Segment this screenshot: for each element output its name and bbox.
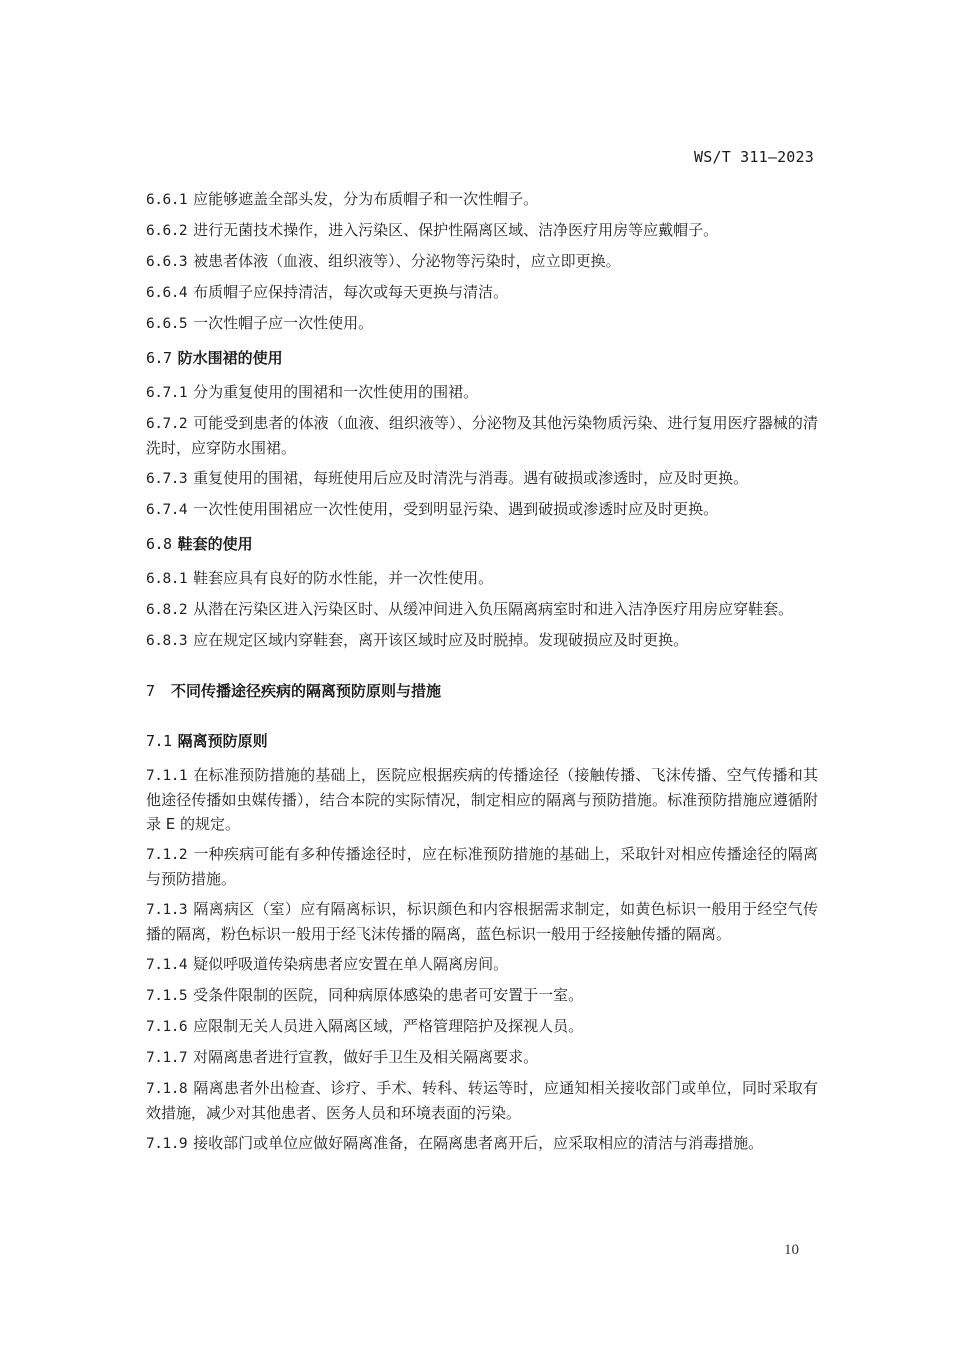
clause-6-8-2: 6.8.2从潜在污染区进入污染区时、从缓冲间进入负压隔离病室时和进入洁净医疗用房…: [146, 597, 818, 622]
section-number: 6.7: [146, 349, 172, 367]
clause-text: 进行无菌技术操作，进入污染区、保护性隔离区域、洁净医疗用房等应戴帽子。: [193, 221, 718, 239]
clause-text: 重复使用的围裙，每班使用后应及时清洗与消毒。遇有破损或渗透时，应及时更换。: [193, 469, 748, 487]
clause-number: 7.1.5: [146, 988, 187, 1004]
clause-7-1-4: 7.1.4疑似呼吸道传染病患者应安置在单人隔离房间。: [146, 952, 818, 977]
clause-7-1-6: 7.1.6应限制无关人员进入隔离区域，严格管理陪护及探视人员。: [146, 1014, 818, 1039]
clause-text: 隔离病区（室）应有隔离标识，标识颜色和内容根据需求制定，如黄色标识一般用于经空气…: [146, 900, 818, 943]
section-title: 隔离预防原则: [178, 732, 268, 750]
clause-6-6-4: 6.6.4布质帽子应保持清洁，每次或每天更换与清洁。: [146, 280, 818, 305]
clause-7-1-7: 7.1.7对隔离患者进行宣教，做好手卫生及相关隔离要求。: [146, 1045, 818, 1070]
section-number: 6.8: [146, 535, 172, 553]
clause-number: 6.7.4: [146, 502, 187, 518]
clause-text: 应限制无关人员进入隔离区域，严格管理陪护及探视人员。: [193, 1017, 583, 1035]
chapter-number: 7: [146, 682, 155, 700]
clause-number: 6.7.3: [146, 471, 187, 487]
clause-number: 7.1.3: [146, 902, 187, 918]
section-number: 7.1: [146, 732, 172, 750]
clause-6-7-2: 6.7.2可能受到患者的体液（血液、组织液等）、分泌物及其他污染物质污染、进行复…: [146, 411, 818, 460]
clause-6-8-3: 6.8.3应在规定区域内穿鞋套，离开该区域时应及时脱掉。发现破损应及时更换。: [146, 628, 818, 653]
clause-number: 6.8.2: [146, 602, 187, 618]
clause-text: 接收部门或单位应做好隔离准备，在隔离患者离开后，应采取相应的清洁与消毒措施。: [193, 1134, 763, 1152]
clause-number: 6.6.4: [146, 285, 187, 301]
clause-text: 应在规定区域内穿鞋套，离开该区域时应及时脱掉。发现破损应及时更换。: [193, 631, 688, 649]
document-body: 6.6.1应能够遮盖全部头发，分为布质帽子和一次性帽子。 6.6.2进行无菌技术…: [146, 187, 818, 1162]
clause-text: 分为重复使用的围裙和一次性使用的围裙。: [193, 383, 478, 401]
clause-text: 疑似呼吸道传染病患者应安置在单人隔离房间。: [193, 955, 508, 973]
clause-text: 可能受到患者的体液（血液、组织液等）、分泌物及其他污染物质污染、进行复用医疗器械…: [146, 414, 818, 457]
clause-text: 对隔离患者进行宣教，做好手卫生及相关隔离要求。: [193, 1048, 538, 1066]
clause-text: 一种疾病可能有多种传播途径时，应在标准预防措施的基础上，采取针对相应传播途径的隔…: [146, 845, 818, 888]
chapter-title: 不同传播途径疾病的隔离预防原则与措施: [171, 682, 441, 700]
clause-6-6-2: 6.6.2进行无菌技术操作，进入污染区、保护性隔离区域、洁净医疗用房等应戴帽子。: [146, 218, 818, 243]
clause-number: 6.6.3: [146, 254, 187, 270]
clause-7-1-9: 7.1.9接收部门或单位应做好隔离准备，在隔离患者离开后，应采取相应的清洁与消毒…: [146, 1131, 818, 1156]
clause-text: 隔离患者外出检查、诊疗、手术、转科、转运等时，应通知相关接收部门或单位，同时采取…: [146, 1079, 818, 1122]
clause-text: 受条件限制的医院，同种病原体感染的患者可安置于一室。: [193, 986, 583, 1004]
section-heading-7-1: 7.1隔离预防原则: [146, 729, 818, 753]
clause-number: 6.7.1: [146, 385, 187, 401]
section-title: 鞋套的使用: [178, 535, 253, 553]
clause-6-7-1: 6.7.1分为重复使用的围裙和一次性使用的围裙。: [146, 380, 818, 405]
clause-7-1-2: 7.1.2一种疾病可能有多种传播途径时，应在标准预防措施的基础上，采取针对相应传…: [146, 842, 818, 891]
clause-7-1-3: 7.1.3隔离病区（室）应有隔离标识，标识颜色和内容根据需求制定，如黄色标识一般…: [146, 897, 818, 946]
clause-7-1-5: 7.1.5受条件限制的医院，同种病原体感染的患者可安置于一室。: [146, 983, 818, 1008]
standard-code: WS/T 311—2023: [694, 148, 814, 166]
clause-7-1-1: 7.1.1在标准预防措施的基础上，医院应根据疾病的传播途径（接触传播、飞沫传播、…: [146, 763, 818, 836]
clause-number: 7.1.2: [146, 847, 187, 863]
clause-number: 7.1.7: [146, 1050, 187, 1066]
clause-number: 6.8.3: [146, 633, 187, 649]
clause-text: 布质帽子应保持清洁，每次或每天更换与清洁。: [193, 283, 508, 301]
clause-number: 6.7.2: [146, 416, 187, 432]
clause-number: 7.1.1: [146, 768, 187, 784]
document-page: WS/T 311—2023 6.6.1应能够遮盖全部头发，分为布质帽子和一次性帽…: [0, 0, 960, 1357]
clause-number: 6.8.1: [146, 571, 187, 587]
clause-text: 一次性帽子应一次性使用。: [193, 314, 373, 332]
clause-number: 6.6.5: [146, 316, 187, 332]
clause-number: 6.6.2: [146, 223, 187, 239]
chapter-heading-7: 7不同传播途径疾病的隔离预防原则与措施: [146, 679, 818, 703]
section-heading-6-7: 6.7防水围裙的使用: [146, 346, 818, 370]
clause-text: 从潜在污染区进入污染区时、从缓冲间进入负压隔离病室时和进入洁净医疗用房应穿鞋套。: [193, 600, 793, 618]
section-heading-6-8: 6.8鞋套的使用: [146, 532, 818, 556]
clause-6-7-4: 6.7.4一次性使用围裙应一次性使用，受到明显污染、遇到破损或渗透时应及时更换。: [146, 497, 818, 522]
clause-number: 7.1.4: [146, 957, 187, 973]
clause-text: 应能够遮盖全部头发，分为布质帽子和一次性帽子。: [193, 190, 538, 208]
clause-number: 7.1.6: [146, 1019, 187, 1035]
clause-6-6-5: 6.6.5一次性帽子应一次性使用。: [146, 311, 818, 336]
clause-text: 一次性使用围裙应一次性使用，受到明显污染、遇到破损或渗透时应及时更换。: [193, 500, 718, 518]
clause-number: 7.1.8: [146, 1081, 187, 1097]
page-number: 10: [784, 1242, 799, 1259]
clause-6-7-3: 6.7.3重复使用的围裙，每班使用后应及时清洗与消毒。遇有破损或渗透时，应及时更…: [146, 466, 818, 491]
clause-number: 6.6.1: [146, 192, 187, 208]
clause-7-1-8: 7.1.8隔离患者外出检查、诊疗、手术、转科、转运等时，应通知相关接收部门或单位…: [146, 1076, 818, 1125]
clause-text: 被患者体液（血液、组织液等）、分泌物等污染时，应立即更换。: [193, 252, 621, 270]
clause-6-8-1: 6.8.1鞋套应具有良好的防水性能，并一次性使用。: [146, 566, 818, 591]
clause-6-6-3: 6.6.3被患者体液（血液、组织液等）、分泌物等污染时，应立即更换。: [146, 249, 818, 274]
clause-text: 鞋套应具有良好的防水性能，并一次性使用。: [193, 569, 493, 587]
clause-text: 在标准预防措施的基础上，医院应根据疾病的传播途径（接触传播、飞沫传播、空气传播和…: [146, 766, 818, 833]
clause-6-6-1: 6.6.1应能够遮盖全部头发，分为布质帽子和一次性帽子。: [146, 187, 818, 212]
section-title: 防水围裙的使用: [178, 349, 283, 367]
clause-number: 7.1.9: [146, 1136, 187, 1152]
